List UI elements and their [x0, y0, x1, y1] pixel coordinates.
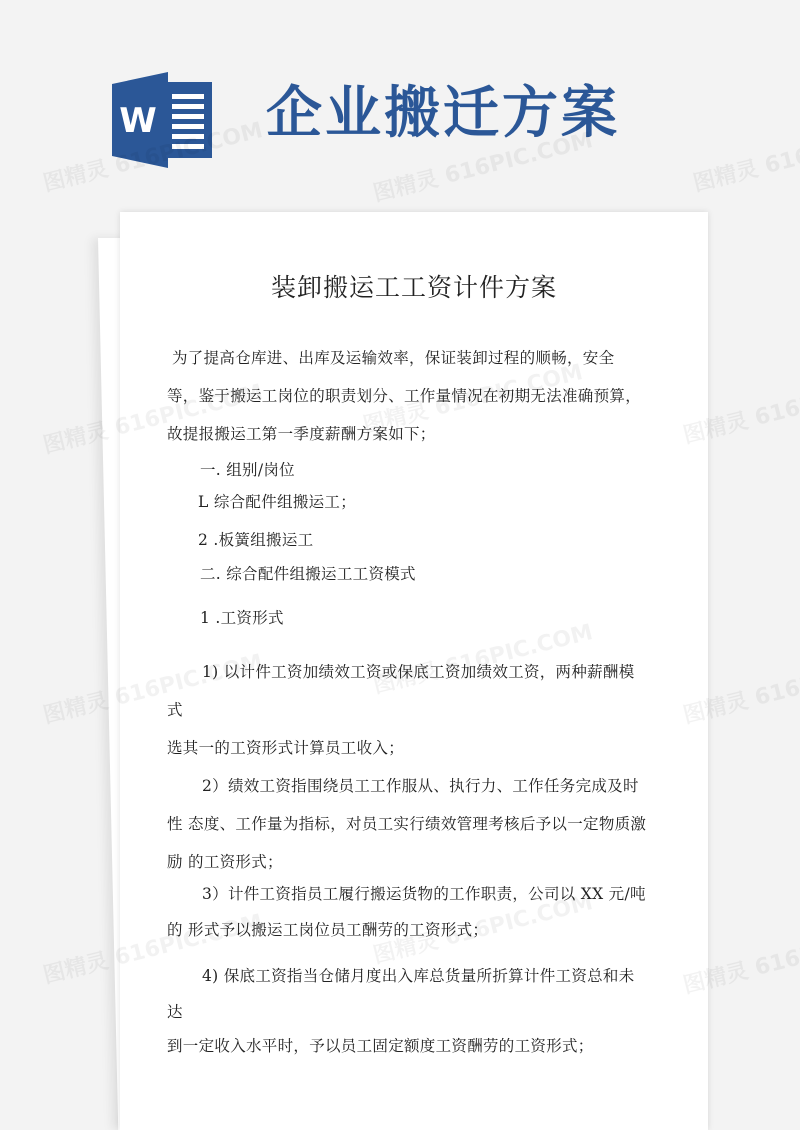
paragraph-line: 4) 保底工资指当仓储月度出入库总货量所折算计件工资总和未: [202, 964, 635, 986]
paragraph-line: 2）绩效工资指围绕员工工作服从、执行力、工作任务完成及时: [202, 774, 639, 796]
paragraph-line: 为了提高仓库进、出库及运输效率，保证装卸过程的顺畅，安全: [172, 346, 614, 368]
paragraph-line: 1) 以计件工资加绩效工资或保底工资加绩效工资，两种薪酬模: [202, 660, 635, 682]
list-item: 2 .板簧组搬运工: [198, 528, 313, 550]
watermark: 图精灵 616PIC.COM: [370, 615, 596, 700]
banner-title: 企业搬迁方案: [266, 78, 620, 148]
paragraph-line: 达: [167, 1000, 183, 1022]
paragraph-line: 故提报搬运工第一季度薪酬方案如下；: [167, 422, 436, 444]
document-page: 装卸搬运工工资计件方案 为了提高仓库进、出库及运输效率，保证装卸过程的顺畅，安全…: [120, 212, 708, 1130]
paragraph-line: 选其一的工资形式计算员工收入；: [167, 736, 404, 758]
paragraph-line: 式: [167, 698, 183, 720]
paragraph-line: 到一定收入水平时，予以员工固定额度工资酬劳的工资形式；: [167, 1034, 594, 1056]
watermark: 图精灵 616PIC.COM: [680, 645, 800, 730]
document-title: 装卸搬运工工资计件方案: [120, 268, 708, 304]
paragraph-line: 性 态度、工作量为指标，对员工实行绩效管理考核后予以一定物质激: [167, 812, 646, 834]
paragraph-line: 励 的工资形式；: [167, 850, 283, 872]
watermark: 图精灵 616PIC.COM: [680, 365, 800, 450]
watermark: 图精灵 616PIC.COM: [680, 915, 800, 1000]
word-document-icon: W: [112, 72, 214, 168]
paragraph-line: 的 形式予以搬运工岗位员工酬劳的工资形式；: [167, 918, 488, 940]
subsection-heading: 1 .工资形式: [200, 606, 284, 628]
section-heading: 二. 综合配件组搬运工工资模式: [200, 562, 416, 584]
paragraph-line: 等，鉴于搬运工岗位的职责划分、工作量情况在初期无法准确预算，: [167, 384, 641, 406]
paragraph-line: 3）计件工资指员工履行搬运货物的工作职责，公司以 XX 元/吨: [202, 882, 646, 904]
banner: W 企业搬迁方案: [0, 0, 800, 200]
section-heading: 一. 组别/岗位: [200, 458, 295, 480]
watermark: 图精灵 616PIC.COM: [40, 645, 266, 730]
list-item: L 综合配件组搬运工；: [198, 490, 356, 512]
svg-text:W: W: [119, 101, 157, 141]
